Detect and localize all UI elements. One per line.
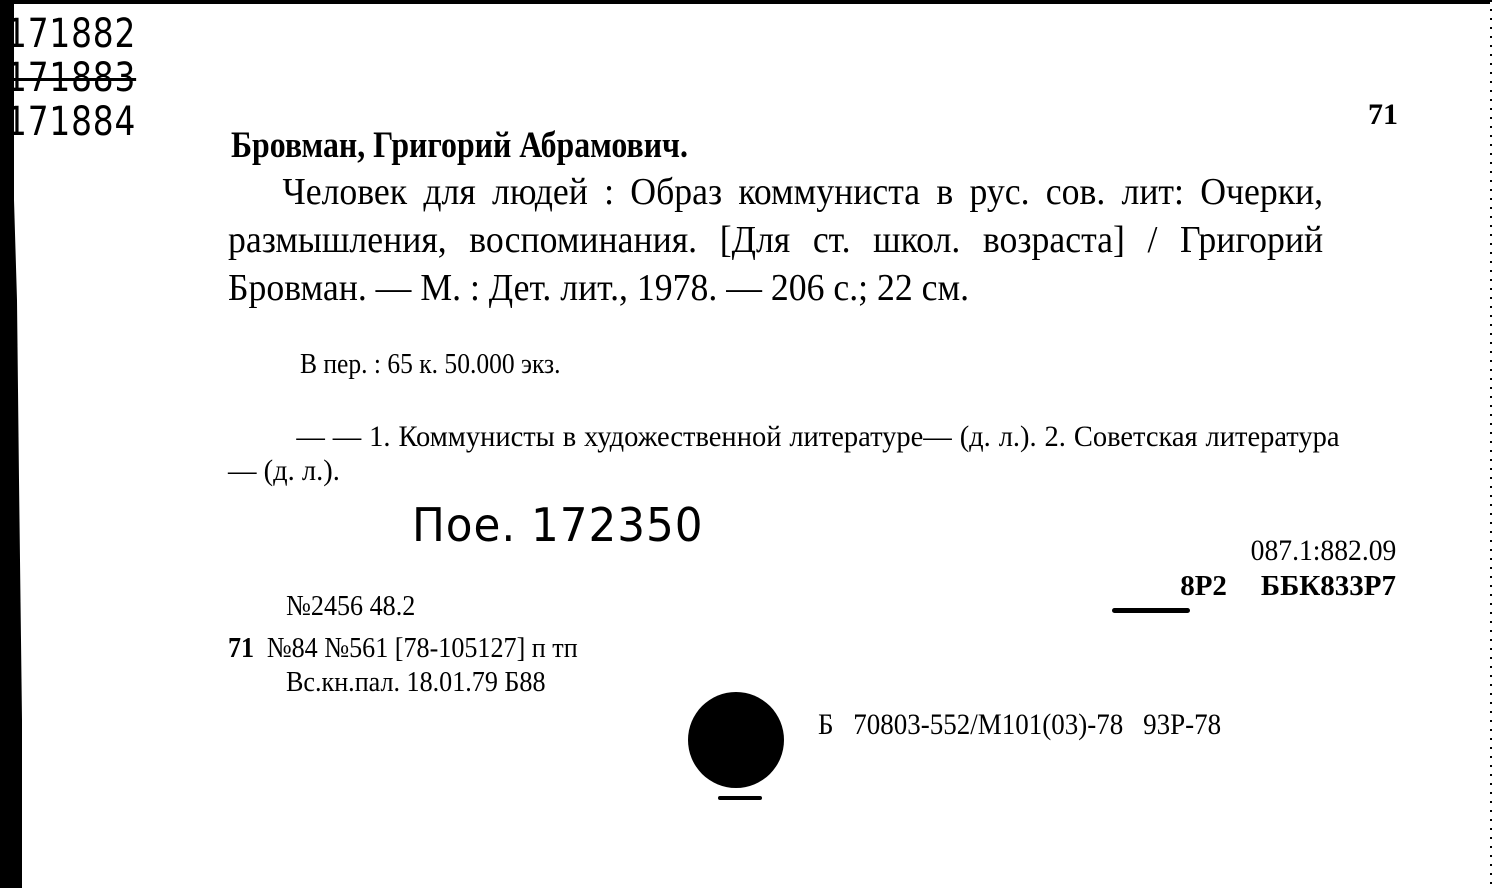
b-code-suffix: 93Р-78 (1143, 708, 1221, 741)
b-code-number: 70803-552/М101(03)-78 (853, 708, 1123, 741)
subjects-text: — — 1. Коммунисты в художественной литер… (228, 420, 1340, 487)
description-text: Человек для людей : Образ коммуниста в р… (228, 171, 1323, 309)
subject-headings: — — 1. Коммунисты в художественной литер… (228, 420, 1340, 488)
b-code-letter: Б (818, 708, 834, 741)
bbk-short-code: 8Р2 (1180, 570, 1227, 602)
card-top-border (0, 0, 1490, 4)
bibliographic-description: Человек для людей : Образ коммуниста в р… (228, 168, 1323, 312)
author-heading: Бровман, Григорий Абрамович. (231, 124, 688, 167)
record-line-1: №2456 48.2 (286, 590, 415, 623)
bbk-full-code: ББК833Р7 (1261, 570, 1396, 602)
inventory-number-2-struck: 171883 (6, 58, 136, 98)
card-right-edge (1490, 0, 1492, 888)
record-line-3: Вс.кн.пал. 18.01.79 Б88 (286, 666, 546, 699)
punch-hole-mark (718, 796, 762, 800)
publisher-code-line: Б70803-552/М101(03)-7893Р-78 (818, 708, 1221, 742)
udc-index: 087.1:882.09 (1250, 534, 1396, 568)
inventory-number-3: 171884 (6, 102, 136, 142)
bbk-row: 8Р2ББК833Р7 (1180, 570, 1396, 603)
acquisition-note-handwritten: Пое. 172350 (412, 498, 704, 552)
record-line-2-prefix: 71 (228, 632, 254, 664)
price-and-print-run: В пер. : 65 к. 50.000 экз. (300, 348, 560, 381)
record-line-2: 71№84 №561 [78-105127] п тп (228, 632, 578, 665)
record-line-2-text: №84 №561 [78-105127] п тп (267, 632, 578, 664)
bbk-underline-mark (1112, 608, 1190, 613)
card-punch-hole (688, 692, 784, 788)
shelf-mark: 71 (1368, 98, 1398, 132)
inventory-number-1: 171882 (6, 14, 136, 54)
